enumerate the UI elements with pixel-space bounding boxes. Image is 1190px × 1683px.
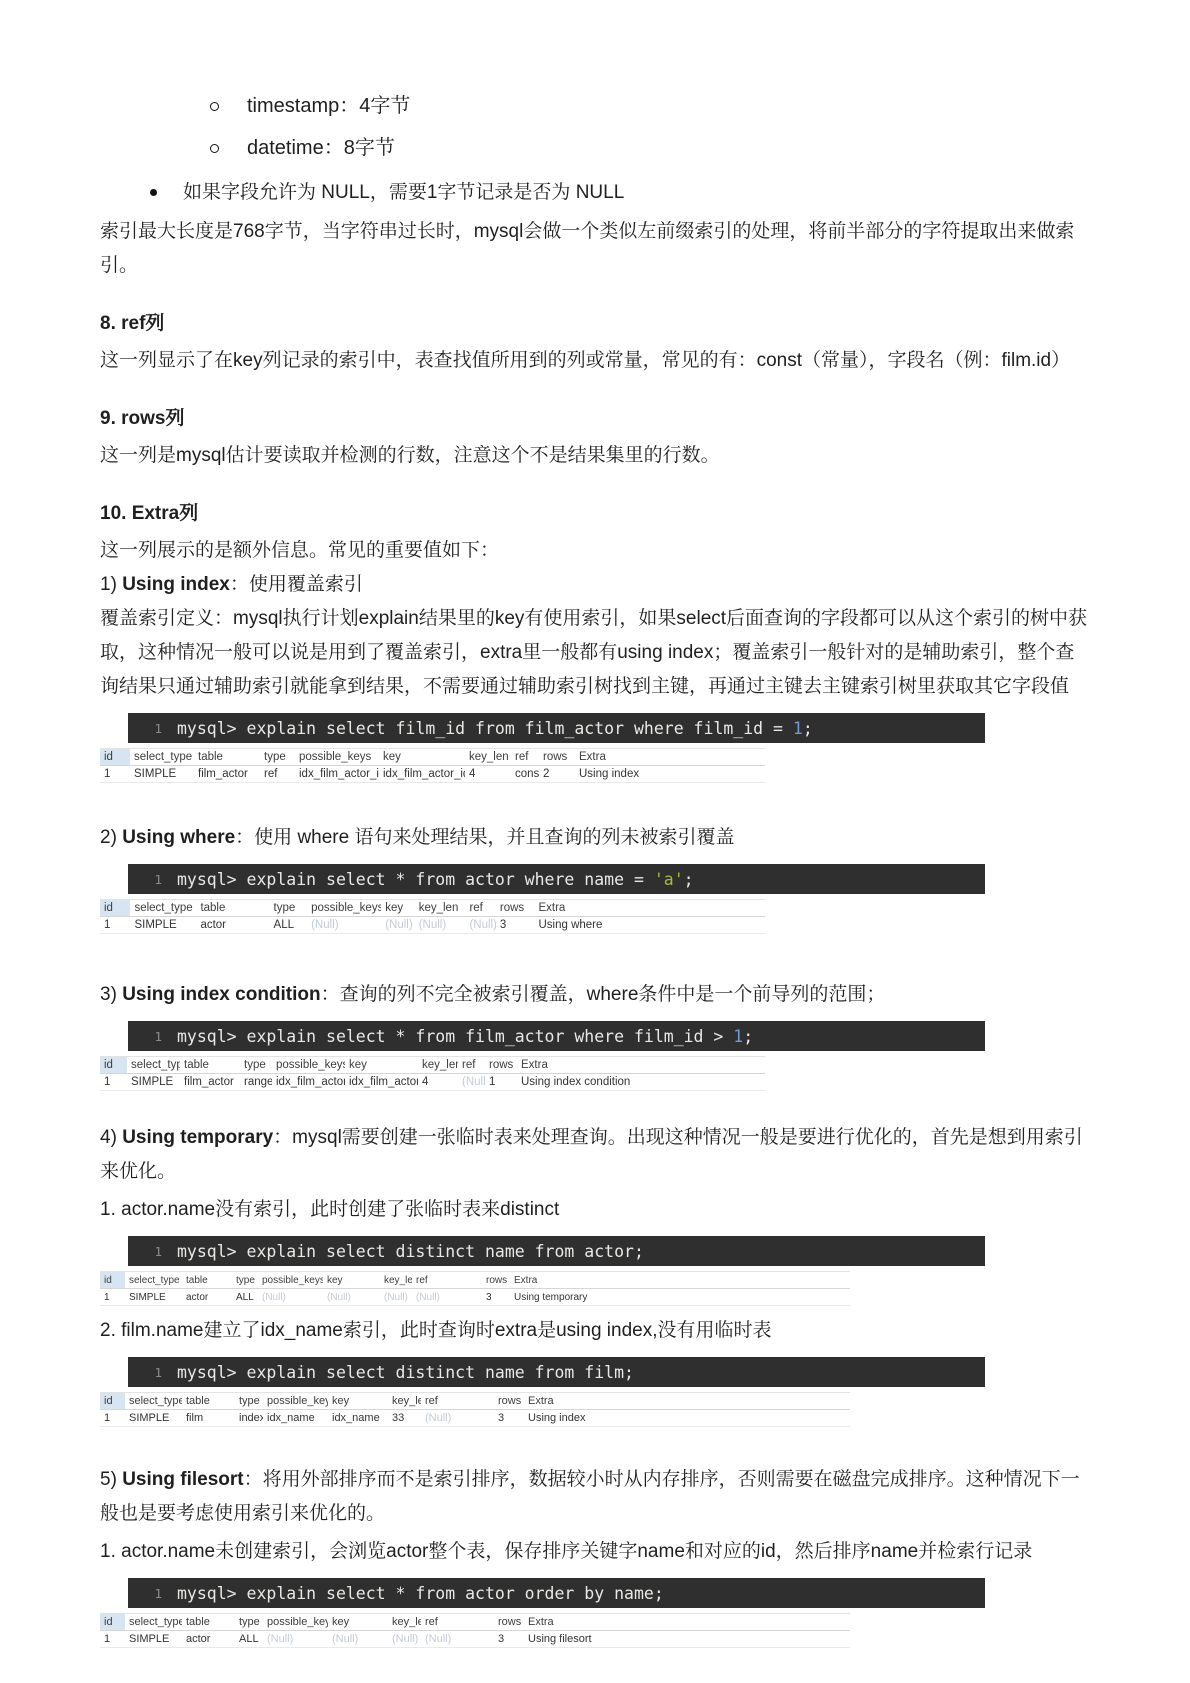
table-header-row: idselect_typetabletypepossible_keyskeyke… — [100, 749, 765, 766]
explain-result-table: idselect_typetabletypepossible_keyskeyke… — [100, 1613, 850, 1648]
code-token: 'a' — [654, 870, 684, 889]
column-header-possible_keys: possible_keys — [258, 1272, 323, 1289]
column-header-extra: Extra — [524, 1393, 850, 1410]
table-header-row: idselect_typetabletypepossible_keyskeyke… — [100, 1057, 765, 1074]
table-cell: idx_name — [263, 1410, 328, 1427]
table-cell: (Null) — [421, 1410, 494, 1427]
column-header-type: type — [240, 1057, 272, 1074]
table-cell: (Null) — [458, 1074, 485, 1091]
table-cell: (Null) — [307, 917, 381, 934]
column-header-key: key — [328, 1614, 388, 1631]
code-token: mysql> explain select * from film_actor … — [177, 1027, 733, 1046]
column-header-type: type — [270, 900, 308, 917]
table-cell: film — [182, 1410, 235, 1427]
table-cell: Using where — [534, 917, 765, 934]
item-description: ：使用 where 语句来处理结果，并且查询的列未被索引覆盖 — [235, 827, 734, 848]
table-cell: ref — [260, 766, 295, 783]
table-cell: ALL — [235, 1631, 263, 1648]
code-block: 1mysql> explain select * from actor orde… — [128, 1578, 985, 1608]
column-header-select_type: select_type — [130, 749, 194, 766]
extra-item: 1) Using index：使用覆盖索引 — [100, 568, 1090, 602]
item-number: 2) — [100, 827, 117, 848]
column-header-extra: Extra — [575, 749, 765, 766]
column-header-ref: ref — [458, 1057, 485, 1074]
line-number: 1 — [128, 1029, 162, 1044]
table-row: 1SIMPLEactorALL(Null)(Null)(Null)(Null)3… — [100, 1631, 850, 1648]
code-block: 1mysql> explain select * from film_actor… — [128, 1021, 985, 1051]
column-header-key: key — [323, 1272, 380, 1289]
line-number: 1 — [128, 1244, 162, 1259]
table-cell: 3 — [482, 1289, 510, 1306]
table-cell: 1 — [100, 1074, 127, 1091]
table-cell: film_actor — [194, 766, 260, 783]
table-cell: 1 — [100, 1410, 125, 1427]
table-cell: idx_film_actor_id — [345, 1074, 418, 1091]
definition-paragraph: 覆盖索引定义：mysql执行计划explain结果里的key有使用索引，如果se… — [100, 602, 1090, 704]
code-block: 1mysql> explain select * from actor wher… — [128, 864, 985, 894]
table-cell: (Null) — [323, 1289, 380, 1306]
item-description: ：查询的列不完全被索引覆盖，where条件中是一个前导列的范围； — [321, 984, 886, 1005]
column-header-type: type — [260, 749, 295, 766]
code-token: mysql> explain select * from actor where… — [177, 870, 654, 889]
item-number: 1) — [100, 574, 117, 595]
definition-term: 覆盖索引定义 — [100, 608, 214, 629]
item-number: 4) — [100, 1127, 117, 1148]
sub-bullet-list: timestamp：4字节 datetime：8字节 — [100, 92, 1090, 163]
table-cell: actor — [182, 1289, 232, 1306]
table-cell: Using index — [524, 1410, 850, 1427]
table-cell: ALL — [270, 917, 308, 934]
column-header-id: id — [100, 1393, 125, 1410]
column-header-key: key — [345, 1057, 418, 1074]
paragraph: 这一列是mysql估计要读取并检测的行数，注意这个不是结果集里的行数。 — [100, 439, 1090, 473]
table-cell: 4 — [465, 766, 511, 783]
definition-text: ：mysql执行计划explain结果里的key有使用索引，如果select后面… — [100, 608, 1087, 697]
circle-bullet-icon — [210, 144, 219, 153]
column-header-ref: ref — [421, 1393, 494, 1410]
table-row: 1SIMPLEactorALL(Null)(Null)(Null)(Null)3… — [100, 917, 765, 934]
table-cell: ALL — [232, 1289, 258, 1306]
table-cell: idx_film_actor_id — [295, 766, 379, 783]
table-cell: const — [511, 766, 539, 783]
column-header-extra: Extra — [517, 1057, 765, 1074]
table-cell: 2 — [539, 766, 575, 783]
table-cell: range — [240, 1074, 272, 1091]
code-token: mysql> explain select film_id from film_… — [177, 719, 793, 738]
table-header-row: idselect_typetabletypepossible_keyskeyke… — [100, 1614, 850, 1631]
explain-result-table: idselect_typetabletypepossible_keyskeyke… — [100, 1392, 850, 1427]
table-row: 1SIMPLEfilm_actorrefidx_film_actor_ididx… — [100, 766, 765, 783]
column-header-key_len: key_len — [465, 749, 511, 766]
dot-bullet-icon — [150, 189, 157, 196]
explain-result-table: idselect_typetabletypepossible_keyskeyke… — [100, 899, 765, 934]
sub-note: 1. actor.name未创建索引，会浏览actor整个表，保存排序关键字na… — [100, 1535, 1090, 1569]
table-cell: Using filesort — [524, 1631, 850, 1648]
table-cell: 1 — [100, 766, 130, 783]
explain-result-table: idselect_typetabletypepossible_keyskeyke… — [100, 1056, 765, 1091]
line-number: 1 — [128, 721, 162, 736]
column-header-table: table — [196, 900, 269, 917]
column-header-extra: Extra — [510, 1272, 850, 1289]
column-header-select_type: select_type — [130, 900, 196, 917]
item-number: 3) — [100, 984, 117, 1005]
table-cell: 3 — [496, 917, 535, 934]
column-header-extra: Extra — [524, 1614, 850, 1631]
list-item: timestamp：4字节 — [210, 92, 1090, 121]
table-cell: (Null) — [381, 917, 415, 934]
table-cell: SIMPLE — [125, 1289, 182, 1306]
column-header-rows: rows — [539, 749, 575, 766]
table-cell: (Null) — [263, 1631, 328, 1648]
table-cell: (Null) — [421, 1631, 494, 1648]
table-cell: SIMPLE — [125, 1631, 182, 1648]
code-block: 1mysql> explain select film_id from film… — [128, 713, 985, 743]
table-cell: 1 — [100, 917, 130, 934]
sub-note: 1. actor.name没有索引，此时创建了张临时表来distinct — [100, 1193, 1090, 1227]
explain-result-table: idselect_typetabletypepossible_keyskeyke… — [100, 1271, 850, 1306]
table-cell: 1 — [100, 1289, 125, 1306]
code-block: 1mysql> explain select distinct name fro… — [128, 1357, 985, 1387]
table-cell: film_actor — [180, 1074, 240, 1091]
item-number: 5) — [100, 1469, 117, 1490]
table-cell: 3 — [494, 1410, 524, 1427]
column-header-possible_keys: possible_keys — [307, 900, 381, 917]
paragraph: 索引最大长度是768字节，当字符串过长时，mysql会做一个类似左前缀索引的处理… — [100, 215, 1090, 283]
column-header-ref: ref — [465, 900, 495, 917]
extra-item: 4) Using temporary：mysql需要创建一张临时表来处理查询。出… — [100, 1121, 1090, 1189]
table-cell: idx_name — [328, 1410, 388, 1427]
table-header-row: idselect_typetabletypepossible_keyskeyke… — [100, 900, 765, 917]
column-header-select_type: select_type — [125, 1614, 182, 1631]
column-header-key_len: key_len — [415, 900, 466, 917]
line-number: 1 — [128, 1365, 162, 1380]
table-cell: (Null) — [380, 1289, 412, 1306]
section-heading: 8. ref列 — [100, 311, 1090, 336]
table-cell: (Null) — [465, 917, 495, 934]
table-cell: (Null) — [328, 1631, 388, 1648]
table-cell: SIMPLE — [130, 766, 194, 783]
column-header-rows: rows — [496, 900, 535, 917]
code-token: 1 — [733, 1027, 743, 1046]
table-row: 1SIMPLEfilm_actorrangeidx_film_actor_idi… — [100, 1074, 765, 1091]
item-description: ：将用外部排序而不是索引排序，数据较小时从内存排序，否则需要在磁盘完成排序。这种… — [100, 1469, 1080, 1524]
extra-item: 5) Using filesort：将用外部排序而不是索引排序，数据较小时从内存… — [100, 1463, 1090, 1531]
list-item-label: 如果字段允许为 NULL，需要1字节记录是否为 NULL — [183, 176, 624, 209]
column-header-id: id — [100, 1057, 127, 1074]
table-cell: 1 — [100, 1631, 125, 1648]
paragraph: 这一列显示了在key列记录的索引中，表查找值所用到的列或常量，常见的有：cons… — [100, 344, 1090, 378]
code-token: ; — [684, 870, 694, 889]
column-header-key_len: key_len — [388, 1393, 421, 1410]
explain-result-table: idselect_typetabletypepossible_keyskeyke… — [100, 748, 765, 783]
column-header-key_len: key_len — [388, 1614, 421, 1631]
code-token: mysql> explain select distinct name from… — [177, 1363, 634, 1382]
column-header-table: table — [182, 1393, 235, 1410]
extra-term: Using temporary — [122, 1127, 273, 1148]
table-cell: index — [235, 1410, 263, 1427]
table-cell: actor — [182, 1631, 235, 1648]
table-cell: actor — [196, 917, 269, 934]
column-header-id: id — [100, 1272, 125, 1289]
column-header-select_type: select_type — [125, 1272, 182, 1289]
column-header-select_type: select_type — [127, 1057, 180, 1074]
table-cell: (Null) — [258, 1289, 323, 1306]
column-header-ref: ref — [421, 1614, 494, 1631]
column-header-table: table — [194, 749, 260, 766]
list-item-label: timestamp：4字节 — [247, 92, 410, 121]
column-header-type: type — [235, 1393, 263, 1410]
table-cell: 3 — [494, 1631, 524, 1648]
column-header-rows: rows — [494, 1614, 524, 1631]
column-header-possible_keys: possible_keys — [263, 1614, 328, 1631]
column-header-rows: rows — [482, 1272, 510, 1289]
column-header-rows: rows — [494, 1393, 524, 1410]
table-cell: (Null) — [412, 1289, 482, 1306]
table-cell: idx_film_actor_id — [379, 766, 465, 783]
code-token: mysql> explain select distinct name from… — [177, 1242, 644, 1261]
extra-item: 3) Using index condition：查询的列不完全被索引覆盖，wh… — [100, 978, 1090, 1012]
extra-item: 2) Using where：使用 where 语句来处理结果，并且查询的列未被… — [100, 821, 1090, 855]
table-cell: SIMPLE — [127, 1074, 180, 1091]
column-header-ref: ref — [511, 749, 539, 766]
extra-term: Using index condition — [122, 984, 320, 1005]
code-token: mysql> explain select * from actor order… — [177, 1584, 664, 1603]
column-header-table: table — [180, 1057, 240, 1074]
extra-term: Using index — [122, 574, 230, 595]
column-header-table: table — [182, 1272, 232, 1289]
column-header-id: id — [100, 900, 130, 917]
code-token: ; — [743, 1027, 753, 1046]
column-header-key: key — [379, 749, 465, 766]
extra-term: Using filesort — [122, 1469, 243, 1490]
column-header-possible_keys: possible_keys — [263, 1393, 328, 1410]
column-header-possible_keys: possible_keys — [272, 1057, 345, 1074]
table-cell: (Null) — [388, 1631, 421, 1648]
list-item: 如果字段允许为 NULL，需要1字节记录是否为 NULL — [150, 176, 1090, 209]
column-header-key: key — [328, 1393, 388, 1410]
circle-bullet-icon — [210, 102, 219, 111]
section-heading: 9. rows列 — [100, 406, 1090, 431]
table-cell: 33 — [388, 1410, 421, 1427]
section-heading: 10. Extra列 — [100, 501, 1090, 526]
table-row: 1SIMPLEfilmindexidx_nameidx_name33(Null)… — [100, 1410, 850, 1427]
code-token: ; — [803, 719, 813, 738]
column-header-possible_keys: possible_keys — [295, 749, 379, 766]
item-description: ：使用覆盖索引 — [230, 574, 363, 595]
table-cell: Using index — [575, 766, 765, 783]
list-item: datetime：8字节 — [210, 134, 1090, 163]
extra-term: Using where — [122, 827, 235, 848]
table-cell: Using temporary — [510, 1289, 850, 1306]
column-header-ref: ref — [412, 1272, 482, 1289]
code-token: 1 — [793, 719, 803, 738]
table-cell: SIMPLE — [130, 917, 196, 934]
sub-note: 2. film.name建立了idx_name索引，此时查询时extra是usi… — [100, 1314, 1090, 1348]
code-block: 1mysql> explain select distinct name fro… — [128, 1236, 985, 1266]
table-cell: Using index condition — [517, 1074, 765, 1091]
table-cell: 1 — [485, 1074, 517, 1091]
column-header-key_len: key_len — [380, 1272, 412, 1289]
line-number: 1 — [128, 1586, 162, 1601]
column-header-id: id — [100, 749, 130, 766]
paragraph: 这一列展示的是额外信息。常见的重要值如下： — [100, 534, 1090, 568]
column-header-id: id — [100, 1614, 125, 1631]
document-page: timestamp：4字节 datetime：8字节 如果字段允许为 NULL，… — [0, 0, 1190, 1648]
table-cell: idx_film_actor_id — [272, 1074, 345, 1091]
column-header-table: table — [182, 1614, 235, 1631]
column-header-rows: rows — [485, 1057, 517, 1074]
table-header-row: idselect_typetabletypepossible_keyskeyke… — [100, 1272, 850, 1289]
column-header-extra: Extra — [534, 900, 765, 917]
table-cell: (Null) — [415, 917, 466, 934]
column-header-key_len: key_len — [418, 1057, 458, 1074]
table-header-row: idselect_typetabletypepossible_keyskeyke… — [100, 1393, 850, 1410]
column-header-type: type — [235, 1614, 263, 1631]
line-number: 1 — [128, 872, 162, 887]
table-cell: SIMPLE — [125, 1410, 182, 1427]
column-header-select_type: select_type — [125, 1393, 182, 1410]
column-header-type: type — [232, 1272, 258, 1289]
list-item-label: datetime：8字节 — [247, 134, 395, 163]
table-cell: 4 — [418, 1074, 458, 1091]
table-row: 1SIMPLEactorALL(Null)(Null)(Null)(Null)3… — [100, 1289, 850, 1306]
column-header-key: key — [381, 900, 415, 917]
